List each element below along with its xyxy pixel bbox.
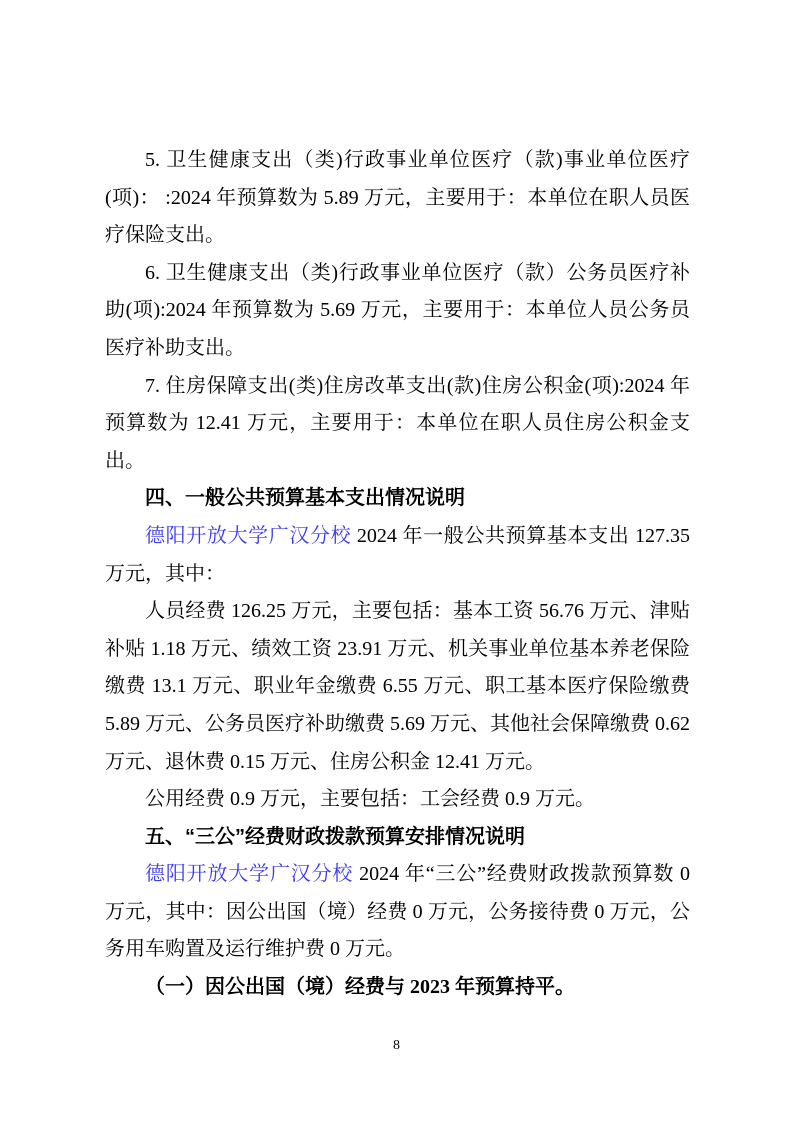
section-heading-5-three-public: 五、“三公”经费财政拨款预算安排情况说明: [105, 819, 690, 857]
section-heading-4-basic-expense: 四、一般公共预算基本支出情况说明: [105, 480, 690, 518]
document-page: 5. 卫生健康支出（类)行政事业单位医疗（款)事业单位医疗(项)： :2024 …: [0, 0, 793, 1122]
paragraph-housing-expense-item7: 7. 住房保障支出(类)住房改革支出(款)住房公积金(项):2024 年预算数为…: [105, 368, 690, 481]
school-name-text: 德阳开放大学广汉分校: [145, 863, 353, 885]
paragraph-health-expense-item6: 6. 卫生健康支出（类)行政事业单位医疗（款）公务员医疗补助(项):2024 年…: [105, 255, 690, 368]
page-number: 8: [0, 1036, 793, 1056]
paragraph-three-public: 德阳开放大学广汉分校 2024 年“三公”经费财政拨款预算数 0 万元，其中：因…: [105, 856, 690, 969]
document-body: 5. 卫生健康支出（类)行政事业单位医疗（款)事业单位医疗(项)： :2024 …: [105, 142, 690, 1007]
paragraph-personnel-expense: 人员经费 126.25 万元，主要包括：基本工资 56.76 万元、津贴补贴 1…: [105, 593, 690, 781]
paragraph-public-expense: 公用经费 0.9 万元，主要包括：工会经费 0.9 万元。: [105, 781, 690, 819]
paragraph-basic-expense: 德阳开放大学广汉分校 2024 年一般公共预算基本支出 127.35 万元，其中…: [105, 518, 690, 593]
school-name-text: 德阳开放大学广汉分校: [145, 525, 351, 547]
paragraph-health-expense-item5: 5. 卫生健康支出（类)行政事业单位医疗（款)事业单位医疗(项)： :2024 …: [105, 142, 690, 255]
paragraph-overseas-expense-flat: （一）因公出国（境）经费与 2023 年预算持平。: [105, 969, 690, 1007]
